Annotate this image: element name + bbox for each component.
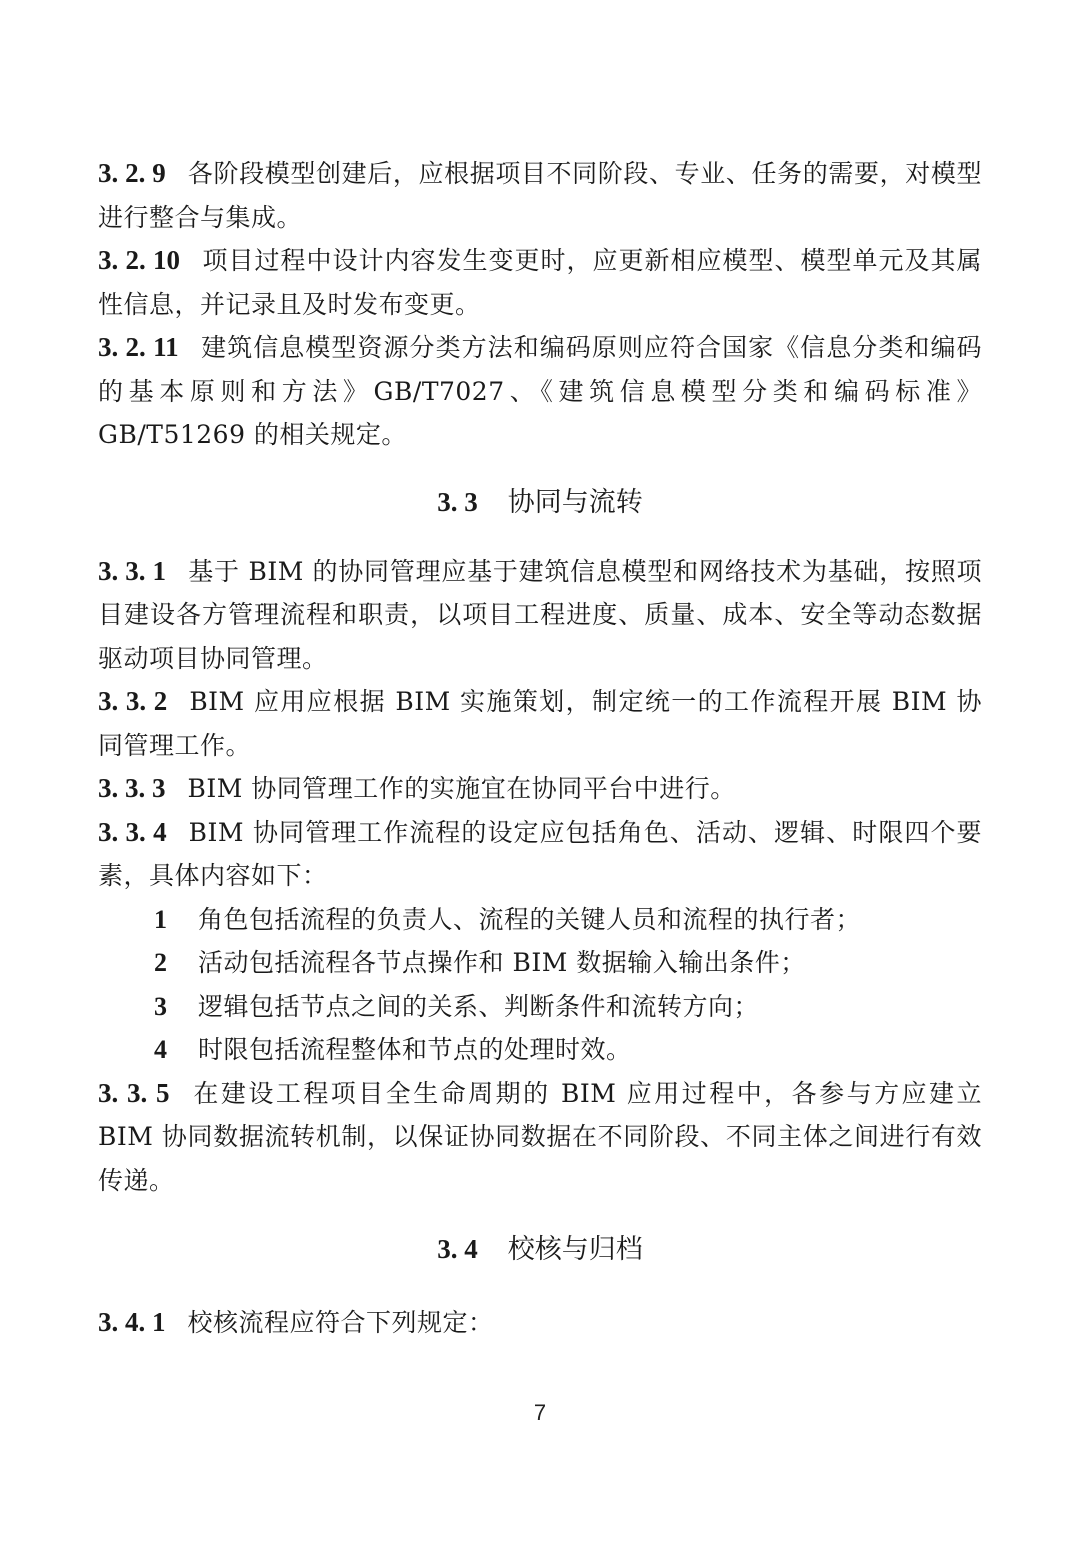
clause-3-3-2: 3. 3. 2BIM 应用应根据 BIM 实施策划，制定统一的工作流程开展 BI… [98,680,982,767]
clause-text: 在建设工程项目全生命周期的 BIM 应用过程中，各参与方应建立 BIM 协同数据… [98,1079,982,1195]
page-number: 7 [0,1400,1080,1426]
list-item: 1角色包括流程的负责人、流程的关键人员和流程的执行者； [98,898,982,942]
item-text: 逻辑包括节点之间的关系、判断条件和流转方向； [198,992,759,1021]
clause-3-3-3: 3. 3. 3BIM 协同管理工作的实施宜在协同平台中进行。 [98,767,982,811]
item-text: 角色包括流程的负责人、流程的关键人员和流程的执行者； [198,905,861,934]
clause-text: 校核流程应符合下列规定： [188,1308,494,1337]
clause-number: 3. 2. 9 [98,158,166,188]
clause-text: 基于 BIM 的协同管理应基于建筑信息模型和网络技术为基础，按照项目建设各方管理… [98,557,982,673]
section-title: 协同与流转 [508,487,643,518]
section-title: 校核与归档 [508,1234,643,1265]
section-number: 3. 4 [437,1234,478,1264]
clause-number: 3. 3. 1 [98,556,166,586]
list-item: 4时限包括流程整体和节点的处理时效。 [98,1028,982,1072]
clause-3-3-4: 3. 3. 4BIM 协同管理工作流程的设定应包括角色、活动、逻辑、时限四个要素… [98,811,982,898]
clause-3-2-10: 3. 2. 10项目过程中设计内容发生变更时，应更新相应模型、模型单元及其属性信… [98,239,982,326]
clause-3-4-1: 3. 4. 1校核流程应符合下列规定： [98,1301,982,1345]
clause-text: 建筑信息模型资源分类方法和编码原则应符合国家《信息分类和编码的基本原则和方法》G… [98,333,982,449]
clause-3-2-11: 3. 2. 11建筑信息模型资源分类方法和编码原则应符合国家《信息分类和编码的基… [98,326,982,457]
section-number: 3. 3 [437,487,478,517]
clause-3-2-9: 3. 2. 9各阶段模型创建后，应根据项目不同阶段、专业、任务的需要，对模型进行… [98,152,982,239]
item-text: 时限包括流程整体和节点的处理时效。 [198,1035,632,1064]
item-number: 1 [154,898,198,942]
clause-3-3-1: 3. 3. 1基于 BIM 的协同管理应基于建筑信息模型和网络技术为基础，按照项… [98,550,982,681]
item-number: 3 [154,985,198,1029]
clause-number: 3. 3. 4 [98,817,167,847]
clause-number: 3. 3. 3 [98,773,166,803]
clause-number: 3. 3. 5 [98,1078,169,1108]
clause-text: 项目过程中设计内容发生变更时，应更新相应模型、模型单元及其属性信息，并记录且及时… [98,246,982,319]
clause-text: BIM 协同管理工作流程的设定应包括角色、活动、逻辑、时限四个要素，具体内容如下… [98,818,982,891]
item-number: 4 [154,1028,198,1072]
clause-3-3-5: 3. 3. 5在建设工程项目全生命周期的 BIM 应用过程中，各参与方应建立 B… [98,1072,982,1203]
section-heading-3-4: 3. 4校核与归档 [98,1228,982,1271]
clause-number: 3. 3. 2 [98,686,167,716]
clause-text: 各阶段模型创建后，应根据项目不同阶段、专业、任务的需要，对模型进行整合与集成。 [98,159,982,232]
clause-number: 3. 2. 10 [98,245,180,275]
clause-text: BIM 应用应根据 BIM 实施策划，制定统一的工作流程开展 BIM 协同管理工… [98,687,982,760]
section-heading-3-3: 3. 3协同与流转 [98,481,982,524]
list-item: 3逻辑包括节点之间的关系、判断条件和流转方向； [98,985,982,1029]
clause-number: 3. 4. 1 [98,1307,166,1337]
item-text: 活动包括流程各节点操作和 BIM 数据输入输出条件； [198,948,806,977]
document-page: 3. 2. 9各阶段模型创建后，应根据项目不同阶段、专业、任务的需要，对模型进行… [98,152,982,1345]
list-item: 2活动包括流程各节点操作和 BIM 数据输入输出条件； [98,941,982,985]
item-number: 2 [154,941,198,985]
clause-number: 3. 2. 11 [98,332,179,362]
clause-text: BIM 协同管理工作的实施宜在协同平台中进行。 [188,774,736,803]
